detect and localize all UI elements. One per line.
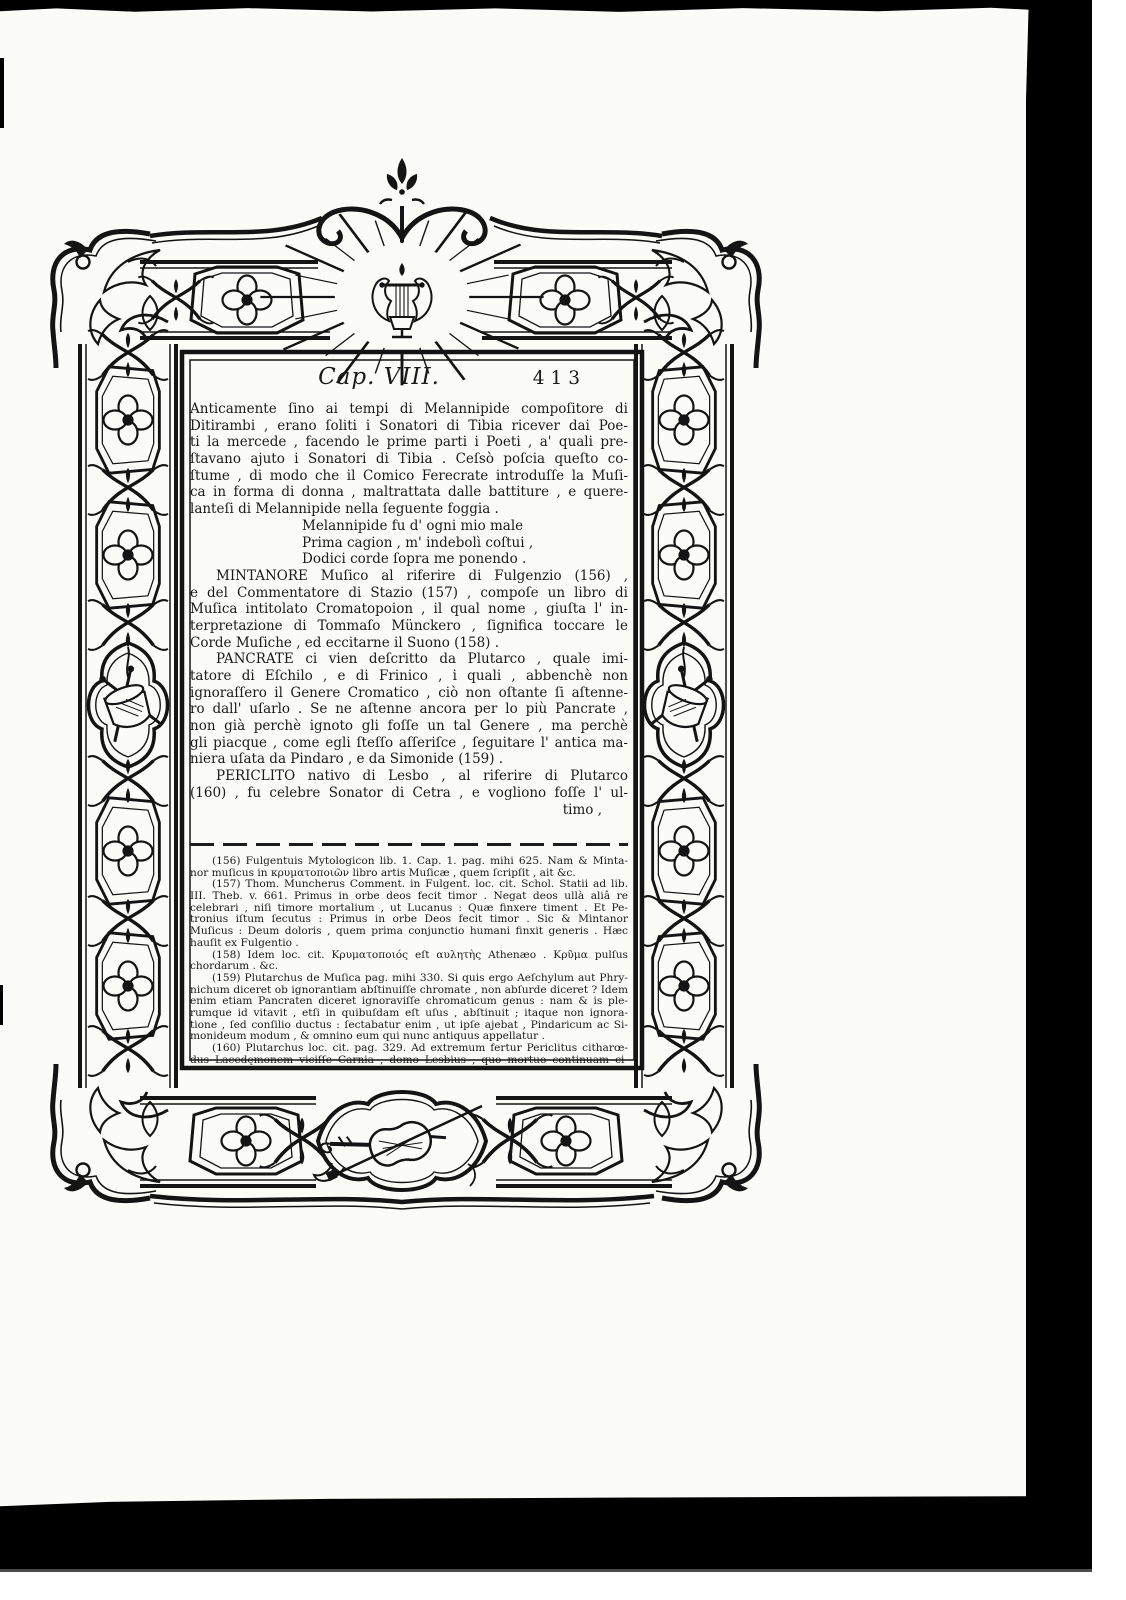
- body-text-line: ignoraſſero il Genere Cromatico , ciò no…: [190, 685, 628, 702]
- footnote-line: (156) Fulgentuis Mytologicon lib. 1. Cap…: [190, 856, 628, 868]
- body-text-line: tatore di Eſchilo , e di Frinico , i qua…: [190, 668, 628, 685]
- body-text-line: ſtavano ajuto i Sonatori di Tibia . Ceſs…: [190, 451, 628, 468]
- corner-acanthus-icon: [644, 231, 759, 368]
- footnote-line: hauſit ex Fulgentio .: [190, 938, 628, 950]
- footnote-line: (160) Plutarchus loc. cit. pag. 329. Ad …: [190, 1043, 628, 1055]
- body-text-line: Prima cagion , m' indebolì coſtui ,: [190, 535, 628, 552]
- body-text-line: ſtume , di modo che il Comico Ferecrate …: [190, 468, 628, 485]
- body-text-line: lanteſi di Melannipide nella ſeguente fo…: [190, 501, 628, 518]
- body-text-line: ro dall' uſarlo . Se ne aſtenne ancora p…: [190, 701, 628, 718]
- body-text-line: MINTANORE Muſico al riferire di Fulgenzi…: [190, 568, 628, 585]
- chapter-heading: Cap. VIII.: [190, 364, 568, 390]
- body-text-line: PANCRATE ci vien deſcritto da Plutarco ,…: [190, 651, 628, 668]
- body-text-line: Dodici corde ſopra me ponendo .: [190, 551, 628, 568]
- footnote-line: III. Theb. v. 661. Primus in orbe deos f…: [190, 891, 628, 903]
- body-text-line: gli piacque , come egli ſteſſo aſſeriſce…: [190, 735, 628, 752]
- body-text-line: ti la mercede , facendo le prime parti i…: [190, 434, 628, 451]
- body-text-line: (160) , fu celebre Sonator di Cetra , e …: [190, 785, 628, 802]
- text-content: Cap. VIII. 413 Anticamente ſino ai tempi…: [190, 352, 628, 1068]
- right-ornament-band: [636, 330, 732, 1088]
- body-text-line: terpretazione di Tommaſo Münckero , ſign…: [190, 618, 628, 635]
- body-text-line: PERICLITO nativo di Lesbo , al riferire …: [190, 768, 628, 785]
- crest-finial-icon: [319, 158, 485, 244]
- footnote-separator: [190, 843, 628, 846]
- left-ornament-band: [80, 330, 176, 1088]
- footnotes: (156) Fulgentuis Mytologicon lib. 1. Cap…: [190, 856, 628, 1066]
- text-block: Cap. VIII. 413 Anticamente ſino ai tempi…: [182, 352, 642, 1068]
- lyre-icon: [348, 243, 456, 351]
- corner-acanthus-icon: [53, 231, 168, 368]
- scanned-book-page: Cap. VIII. 413 Anticamente ſino ai tempi…: [0, 0, 1126, 1600]
- body-text-line: non già perchè ignoto gli foſſe un tal G…: [190, 718, 628, 735]
- body-text-line: Corde Muſiche , ed eccitarne il Suono (1…: [190, 635, 628, 652]
- body-text-line: timo ,: [190, 802, 628, 819]
- footnote-line: dus Lacedęmonem viciſſe Carnia , domo Le…: [190, 1055, 628, 1067]
- footnote-line: (159) Plutarchus de Muſica pag. mihi 330…: [190, 973, 628, 985]
- body-text-line: niera uſata da Pindaro , e da Simonide (…: [190, 751, 628, 768]
- bottom-ornament-band: [140, 1092, 672, 1190]
- body-text-line: Melannipide fu d' ogni mio male: [190, 518, 628, 535]
- body-text-line: Muſica intitolato Cromatopoion , il qual…: [190, 601, 628, 618]
- body-text-line: e del Commentatore di Stazio (157) , com…: [190, 585, 628, 602]
- body-text-line: ca in forma di donna , maltrattata dalle…: [190, 484, 628, 501]
- page-number: 413: [533, 368, 586, 389]
- footnote-line: rumque id vitavit , etſi in quibuſdam eſ…: [190, 1008, 628, 1020]
- body-text-line: Ditirambi , erano ſoliti i Sonatori di T…: [190, 418, 628, 435]
- frame-bottom-edge: [150, 1196, 654, 1202]
- body-text: Anticamente ſino ai tempi di Melannipide…: [190, 401, 628, 818]
- body-text-line: Anticamente ſino ai tempi di Melannipide…: [190, 401, 628, 418]
